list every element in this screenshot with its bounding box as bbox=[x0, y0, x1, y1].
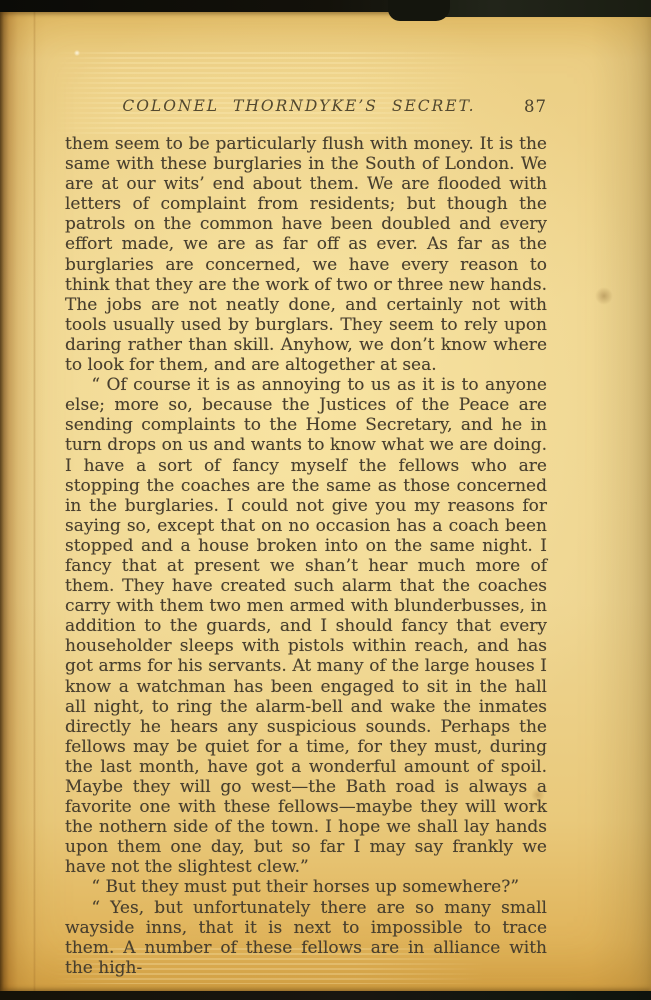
book-gutter-shadow bbox=[0, 0, 46, 1000]
paragraph: them seem to be particularly flush with … bbox=[65, 134, 547, 375]
running-header-title: COLONEL THORNDYKE’S SECRET. bbox=[122, 97, 489, 115]
book-page-scan: COLONEL THORNDYKE’S SECRET. 87 them seem… bbox=[0, 0, 651, 1000]
paragraph: “ Of course it is as annoying to us as i… bbox=[65, 375, 547, 877]
scan-dark-edge-bump bbox=[388, 0, 450, 21]
page-number: 87 bbox=[524, 96, 547, 117]
paragraph: “ But they must put their horses up some… bbox=[65, 877, 547, 897]
page-body: them seem to be particularly flush with … bbox=[65, 134, 547, 978]
book-gutter-crease bbox=[33, 0, 36, 1000]
paragraph: “ Yes, but unfortunately there are so ma… bbox=[65, 898, 547, 978]
scan-dark-edge-bottom bbox=[0, 991, 651, 1000]
page-right-shading bbox=[591, 0, 651, 1000]
page-content: COLONEL THORNDYKE’S SECRET. 87 them seem… bbox=[65, 96, 547, 978]
paper-speck bbox=[74, 50, 80, 56]
running-header: COLONEL THORNDYKE’S SECRET. 87 bbox=[65, 96, 547, 117]
